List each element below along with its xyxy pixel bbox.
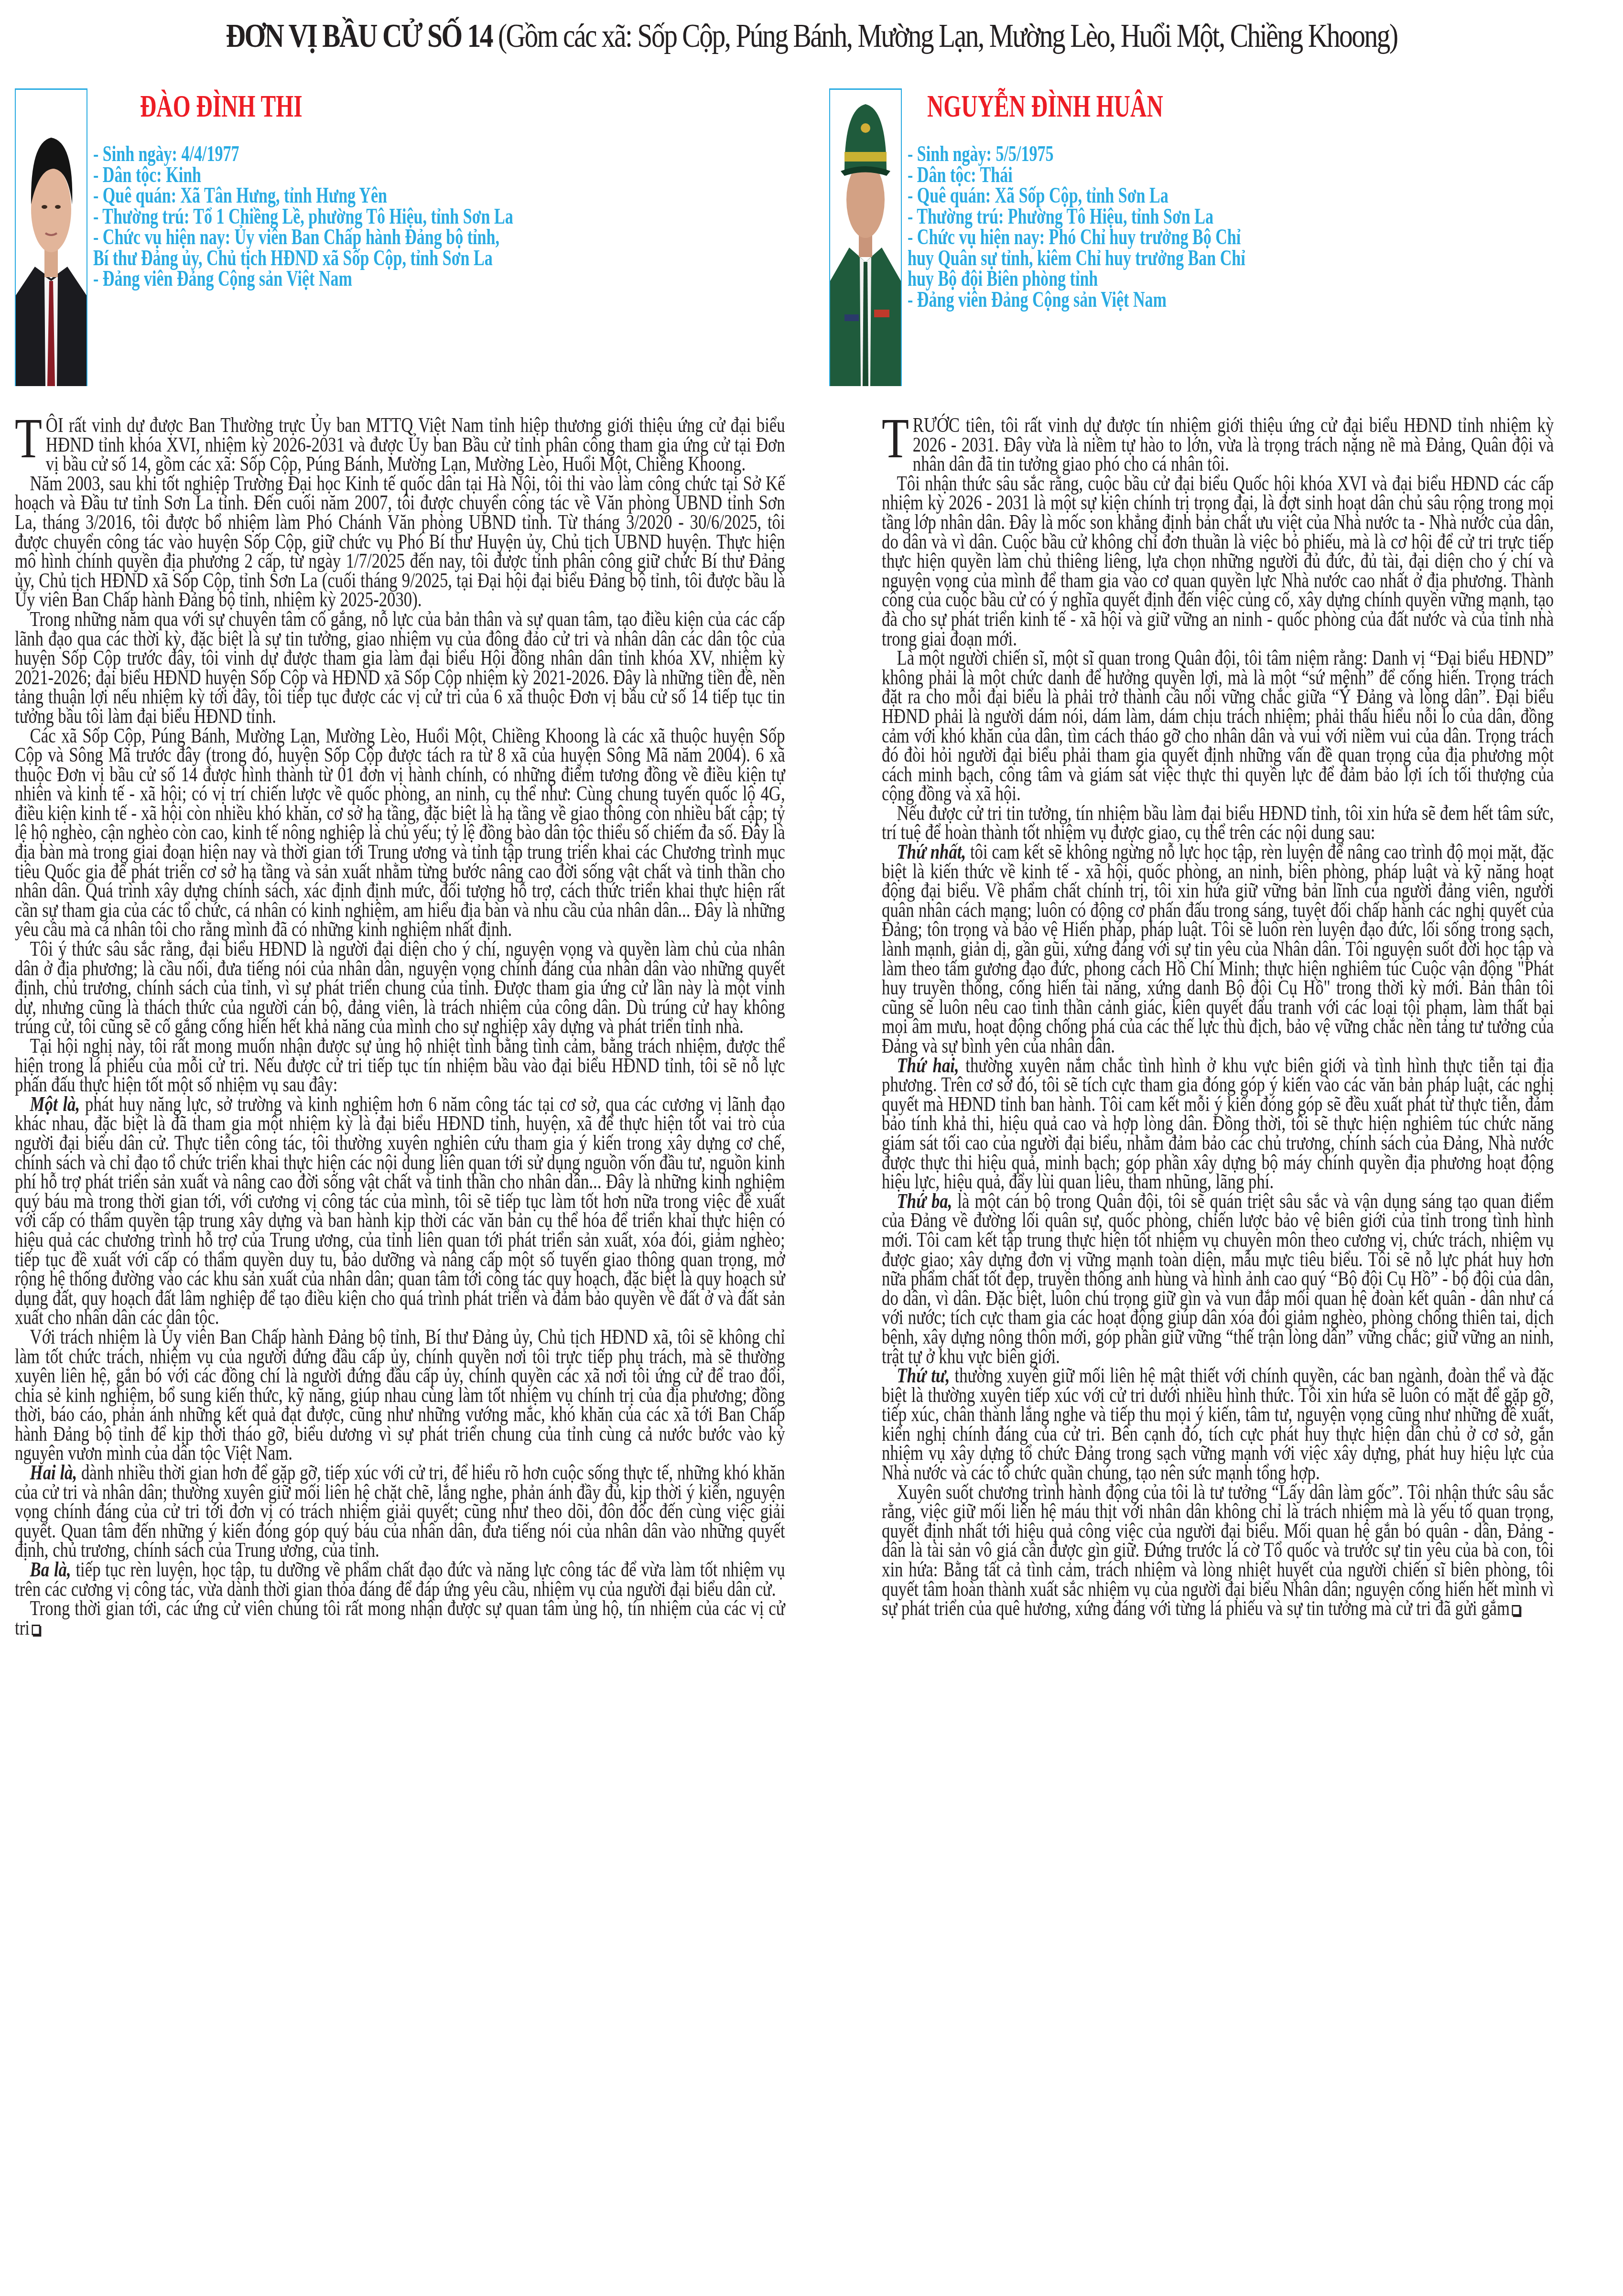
bio-line-position: - Chức vụ hiện nay: Phó Chỉ huy trưởng B… xyxy=(908,226,1311,248)
paragraph: Thứ nhất, tôi cam kết sẽ không ngừng nỗ … xyxy=(882,842,1554,1056)
bio-line-ethnicity: - Dân tộc: Kinh xyxy=(93,164,666,185)
bio-line-party: - Đảng viên Đảng Cộng sản Việt Nam xyxy=(93,268,666,289)
paragraph: Tại hội nghị này, tôi rất mong muốn nhận… xyxy=(15,1036,785,1095)
end-mark-icon xyxy=(1512,1605,1520,1616)
portrait-border-guard-uniform-icon xyxy=(830,90,901,386)
candidate-card-dao-dinh-thi: ĐÀO ĐÌNH THI - Sinh ngày: 4/4/1977 - Dân… xyxy=(0,79,812,385)
candidate-photo xyxy=(829,88,902,386)
bio-line-ethnicity: - Dân tộc: Thái xyxy=(908,164,1311,185)
bio-line-position-cont: Bí thư Đảng ủy, Chủ tịch HĐND xã Sốp Cộp… xyxy=(93,248,666,269)
article-dao-dinh-thi: TÔI rất vinh dự được Ban Thường trực Ủy … xyxy=(15,416,785,1638)
drop-cap: T xyxy=(15,418,42,460)
paragraph: Tôi nhận thức sâu sắc rằng, cuộc bầu cử … xyxy=(882,474,1554,648)
paragraph: Năm 2003, sau khi tốt nghiệp Trường Đại … xyxy=(15,474,785,610)
article-nguyen-dinh-huan: TRƯỚC tiên, tôi rất vinh dự được tín nhi… xyxy=(882,416,1554,1618)
paragraph: Thứ tư, thường xuyên giữ mối liên hệ mật… xyxy=(882,1366,1554,1483)
paragraph: Ba là, tiếp tục rèn luyện, học tập, tu d… xyxy=(15,1560,785,1599)
paragraph: Hai là, dành nhiều thời gian hơn để gặp … xyxy=(15,1463,785,1560)
paragraph: Tôi ý thức sâu sắc rằng, đại biểu HĐND l… xyxy=(15,939,785,1036)
paragraph: Thứ hai, thường xuyên nắm chắc tình hình… xyxy=(882,1056,1554,1192)
candidate-name: NGUYỄN ĐÌNH HUÂN xyxy=(927,87,1163,126)
paragraph: TÔI rất vinh dự được Ban Thường trực Ủy … xyxy=(15,416,785,474)
bio-line-birthdate: - Sinh ngày: 4/4/1977 xyxy=(93,143,666,164)
candidate-photo xyxy=(15,88,87,386)
paragraph: Nếu được cử tri tin tưởng, tín nhiệm bầu… xyxy=(882,804,1554,842)
bio-line-party: - Đảng viên Đảng Cộng sản Việt Nam xyxy=(908,289,1311,310)
candidate-card-nguyen-dinh-huan: NGUYỄN ĐÌNH HUÂN - Sinh ngày: 5/5/1975 -… xyxy=(812,79,1623,385)
paragraph: Trong thời gian tới, các ứng cử viên chú… xyxy=(15,1599,785,1638)
candidate-name: ĐÀO ĐÌNH THI xyxy=(140,87,303,126)
end-mark-icon xyxy=(32,1625,40,1635)
electoral-unit-communes: (Gồm các xã: Sốp Cộp, Púng Bánh, Mường L… xyxy=(492,18,1397,54)
paragraph: Thứ ba, là một cán bộ trong Quân đội, tô… xyxy=(882,1192,1554,1366)
electoral-unit-label: ĐƠN VỊ BẦU CỬ SỐ 14 xyxy=(226,18,492,54)
paragraph: TRƯỚC tiên, tôi rất vinh dự được tín nhi… xyxy=(882,416,1554,474)
bio-line-hometown: - Quê quán: Xã Tân Hưng, tỉnh Hưng Yên xyxy=(93,185,666,206)
portrait-man-suit-icon xyxy=(16,90,87,386)
bio-line-position-cont: huy Quân sự tỉnh, kiêm Chỉ huy trưởng Ba… xyxy=(908,248,1311,269)
paragraph: Các xã Sốp Cộp, Púng Bánh, Mường Lạn, Mư… xyxy=(15,726,785,940)
page-title: ĐƠN VỊ BẦU CỬ SỐ 14 (Gồm các xã: Sốp Cộp… xyxy=(146,13,1477,59)
drop-cap: T xyxy=(882,418,909,460)
bio-line-hometown: - Quê quán: Xã Sốp Cộp, tỉnh Sơn La xyxy=(908,185,1311,206)
bio-line-position: - Chức vụ hiện nay: Ủy viên Ban Chấp hàn… xyxy=(93,226,666,248)
paragraph: Xuyên suốt chương trình hành động của tô… xyxy=(882,1483,1554,1618)
paragraph: Với trách nhiệm là Ủy viên Ban Chấp hành… xyxy=(15,1327,785,1463)
candidate-bio: - Sinh ngày: 5/5/1975 - Dân tộc: Thái - … xyxy=(908,143,1311,310)
bio-line-birthdate: - Sinh ngày: 5/5/1975 xyxy=(908,143,1311,164)
candidate-bio: - Sinh ngày: 4/4/1977 - Dân tộc: Kinh - … xyxy=(93,143,666,289)
bio-line-residence: - Thường trú: Tổ 1 Chiềng Lề, phường Tô … xyxy=(93,206,666,227)
bio-line-position-cont: huy Bộ đội Biên phòng tỉnh xyxy=(908,268,1311,289)
paragraph: Trong những năm qua với sự chuyên tâm cố… xyxy=(15,610,785,726)
paragraph: Một là, phát huy năng lực, sở trường và … xyxy=(15,1095,785,1327)
paragraph: Là một người chiến sĩ, một sĩ quan trong… xyxy=(882,648,1554,804)
bio-line-residence: - Thường trú: Phường Tô Hiệu, tỉnh Sơn L… xyxy=(908,206,1311,227)
